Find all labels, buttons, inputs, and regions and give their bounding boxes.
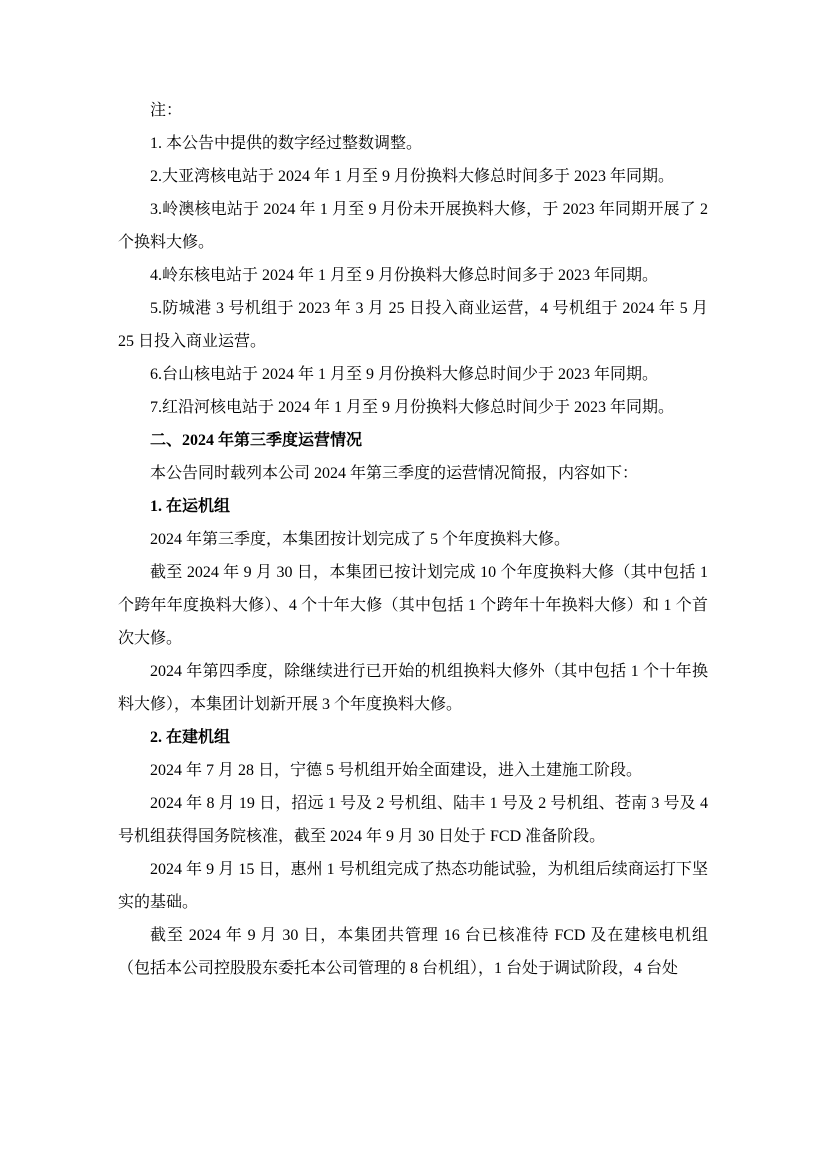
notes-label: 注： (118, 94, 708, 127)
note-item-3: 3.岭澳核电站于 2024 年 1 月至 9 月份未开展换料大修，于 2023 … (118, 193, 708, 259)
subsection-heading-under-construction-units: 2. 在建机组 (118, 721, 708, 754)
paragraph-operating-3: 2024 年第四季度，除继续进行已开始的机组换料大修外（其中包括 1 个十年换料… (118, 655, 708, 721)
paragraph-construction-1: 2024 年 7 月 28 日，宁德 5 号机组开始全面建设，进入土建施工阶段。 (118, 754, 708, 787)
paragraph-operating-1: 2024 年第三季度，本集团按计划完成了 5 个年度换料大修。 (118, 523, 708, 556)
note-item-7: 7.红沿河核电站于 2024 年 1 月至 9 月份换料大修总时间少于 2023… (118, 391, 708, 424)
paragraph-construction-3: 2024 年 9 月 15 日，惠州 1 号机组完成了热态功能试验，为机组后续商… (118, 853, 708, 919)
document-page: 注： 1. 本公告中提供的数字经过整数调整。 2.大亚湾核电站于 2024 年 … (0, 0, 827, 1169)
section-intro: 本公告同时载列本公司 2024 年第三季度的运营情况简报，内容如下： (118, 457, 708, 490)
subsection-heading-operating-units: 1. 在运机组 (118, 490, 708, 523)
paragraph-construction-4: 截至 2024 年 9 月 30 日，本集团共管理 16 台已核准待 FCD 及… (118, 919, 708, 985)
section-heading-q3-operations: 二、2024 年第三季度运营情况 (118, 424, 708, 457)
paragraph-construction-2: 2024 年 8 月 19 日，招远 1 号及 2 号机组、陆丰 1 号及 2 … (118, 787, 708, 853)
note-item-6: 6.台山核电站于 2024 年 1 月至 9 月份换料大修总时间少于 2023 … (118, 358, 708, 391)
note-item-1: 1. 本公告中提供的数字经过整数调整。 (118, 127, 708, 160)
document-content: 注： 1. 本公告中提供的数字经过整数调整。 2.大亚湾核电站于 2024 年 … (118, 94, 708, 985)
paragraph-operating-2: 截至 2024 年 9 月 30 日，本集团已按计划完成 10 个年度换料大修（… (118, 556, 708, 655)
note-item-5: 5.防城港 3 号机组于 2023 年 3 月 25 日投入商业运营，4 号机组… (118, 292, 708, 358)
note-item-2: 2.大亚湾核电站于 2024 年 1 月至 9 月份换料大修总时间多于 2023… (118, 160, 708, 193)
note-item-4: 4.岭东核电站于 2024 年 1 月至 9 月份换料大修总时间多于 2023 … (118, 259, 708, 292)
